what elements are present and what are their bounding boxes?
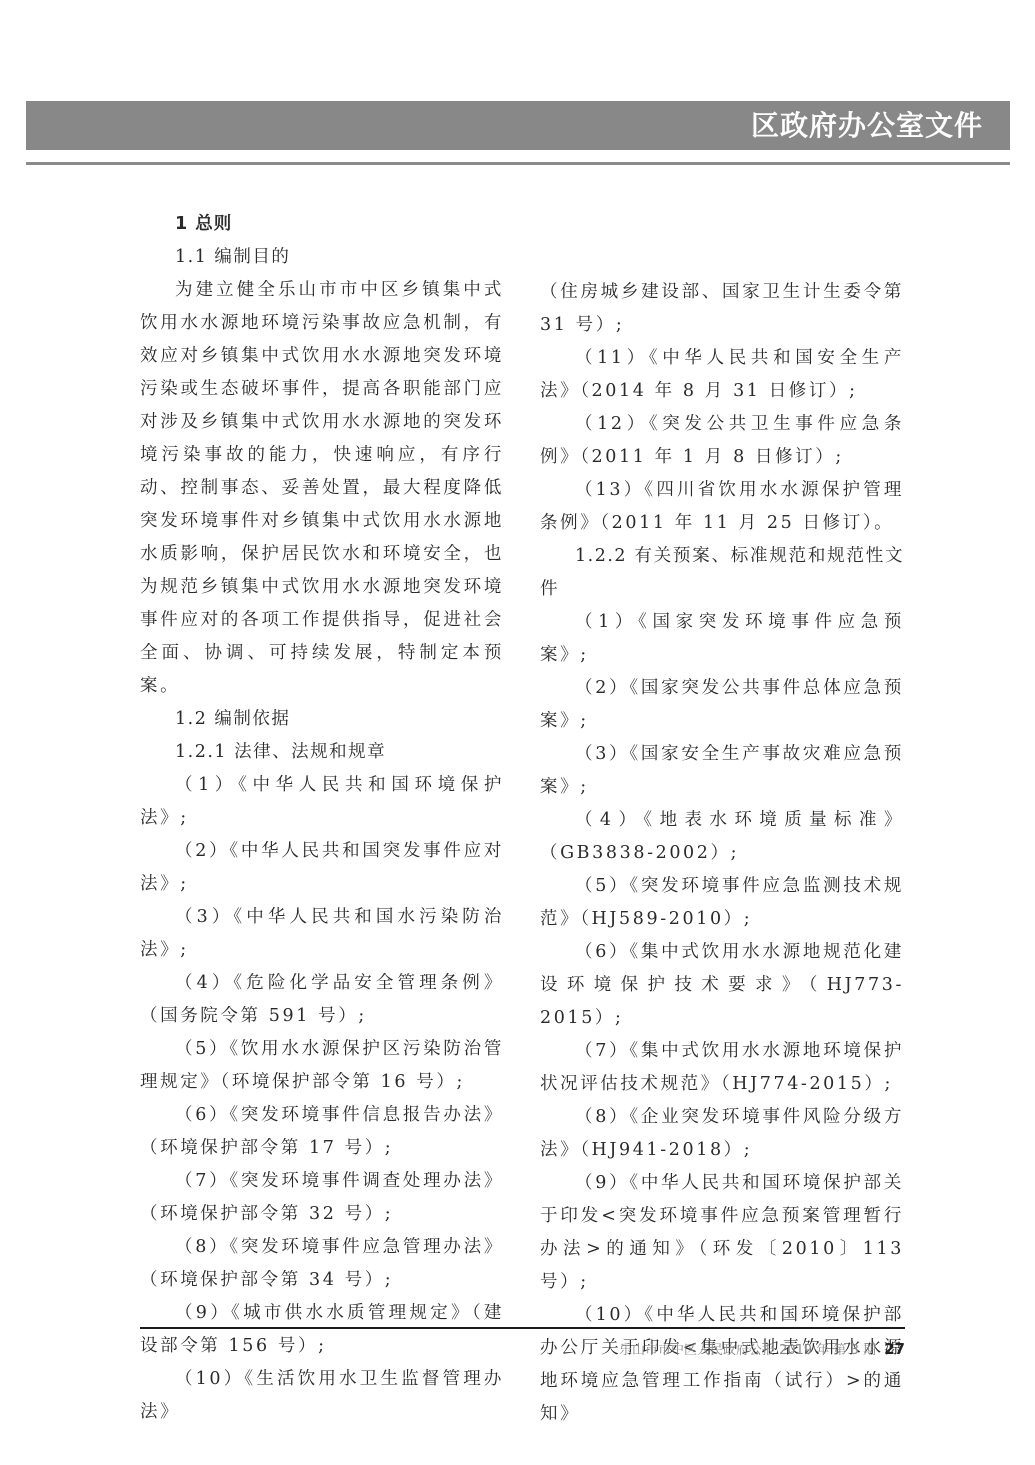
subsection-heading: 1.2.2 有关预案、标准规范和规范性文件 xyxy=(540,540,904,606)
footer-divider xyxy=(140,1327,905,1329)
right-column: （住房城乡建设部、国家卫生计生委令第 31 号）;（11）《中华人民共和国安全生… xyxy=(540,276,904,1431)
footer: 乐山市市中区人民政府公报 2019 年 第 3 期 27 xyxy=(619,1340,905,1360)
section-heading: 1 总则 xyxy=(140,208,504,241)
paragraph: （2）《中华人民共和国突发事件应对法》; xyxy=(140,835,504,901)
subsection-heading: 1.1 编制目的 xyxy=(140,241,504,274)
paragraph: （8）《企业突发环境事件风险分级方法》（HJ941-2018）; xyxy=(540,1101,904,1167)
paragraph: （2）《国家突发公共事件总体应急预案》; xyxy=(540,672,904,738)
left-column: 1 总则1.1 编制目的为建立健全乐山市市中区乡镇集中式饮用水水源地环境污染事故… xyxy=(140,208,504,1429)
page-number: 27 xyxy=(884,1340,905,1358)
section-title: 区政府办公室文件 xyxy=(751,108,983,144)
paragraph: （4）《危险化学品安全管理条例》（国务院令第 591 号）; xyxy=(140,967,504,1033)
subsection-heading: 1.2.1 法律、法规和规章 xyxy=(140,736,504,769)
paragraph: （1）《国家突发环境事件应急预案》; xyxy=(540,606,904,672)
paragraph: （7）《突发环境事件调查处理办法》（环境保护部令第 32 号）; xyxy=(140,1165,504,1231)
paragraph: （11）《中华人民共和国安全生产法》（2014 年 8 月 31 日修订）; xyxy=(540,342,904,408)
paragraph: 为建立健全乐山市市中区乡镇集中式饮用水水源地环境污染事故应急机制，有效应对乡镇集… xyxy=(140,274,504,703)
paragraph: （13）《四川省饮用水水源保护管理条例》（2011 年 11 月 25 日修订）… xyxy=(540,474,904,540)
paragraph: （6）《集中式饮用水水源地规范化建设环境保护技术要求》（HJ773-2015）; xyxy=(540,936,904,1035)
paragraph: （3）《国家安全生产事故灾难应急预案》; xyxy=(540,738,904,804)
paragraph: （5）《突发环境事件应急监测技术规范》（HJ589-2010）; xyxy=(540,870,904,936)
paragraph: （4）《地表水环境质量标准》（GB3838-2002）; xyxy=(540,804,904,870)
paragraph: （5）《饮用水水源保护区污染防治管理规定》（环境保护部令第 16 号）; xyxy=(140,1033,504,1099)
paragraph: （6）《突发环境事件信息报告办法》（环境保护部令第 17 号）; xyxy=(140,1099,504,1165)
subsection-heading: 1.2 编制依据 xyxy=(140,703,504,736)
paragraph: （7）《集中式饮用水水源地环境保护状况评估技术规范》（HJ774-2015）; xyxy=(540,1035,904,1101)
paragraph: （10）《中华人民共和国环境保护部办公厅关于印发<集中式地表饮用水水源地环境应急… xyxy=(540,1299,904,1431)
paragraph: （10）《生活饮用水卫生监督管理办法》 xyxy=(140,1363,504,1429)
header-divider xyxy=(26,162,1010,165)
paragraph-continuation: （住房城乡建设部、国家卫生计生委令第 31 号）; xyxy=(540,276,904,342)
paragraph: （12）《突发公共卫生事件应急条例》（2011 年 1 月 8 日修订）; xyxy=(540,408,904,474)
paragraph: （3）《中华人民共和国水污染防治法》; xyxy=(140,901,504,967)
paragraph: （1）《中华人民共和国环境保护法》; xyxy=(140,769,504,835)
paragraph: （8）《突发环境事件应急管理办法》（环境保护部令第 34 号）; xyxy=(140,1231,504,1297)
paragraph: （9）《城市供水水质管理规定》（建设部令第 156 号）; xyxy=(140,1297,504,1363)
paragraph: （9）《中华人民共和国环境保护部关于印发<突发环境事件应急预案管理暂行办法>的通… xyxy=(540,1167,904,1299)
publication-name: 乐山市市中区人民政府公报 2019 年 第 3 期 xyxy=(619,1343,876,1358)
